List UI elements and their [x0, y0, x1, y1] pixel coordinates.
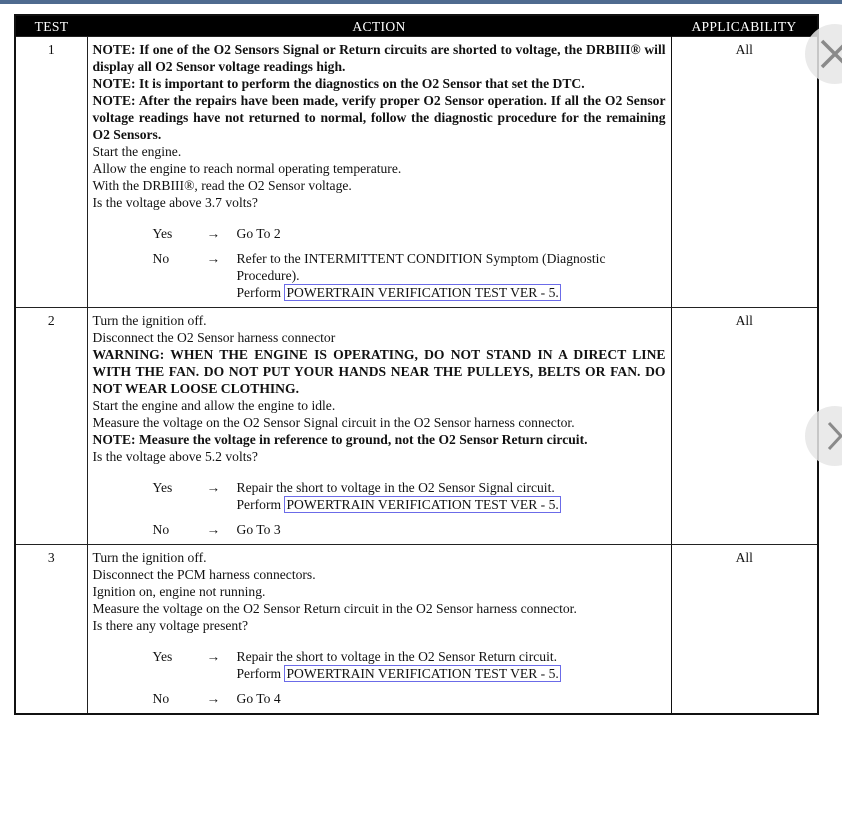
note-text: NOTE: Measure the voltage in reference t… — [93, 431, 666, 448]
branch-result: Repair the short to voltage in the O2 Se… — [237, 648, 666, 682]
test-applicability: All — [671, 545, 818, 715]
branch-result: Repair the short to voltage in the O2 Se… — [237, 479, 666, 513]
diagnostic-test-table: TEST ACTION APPLICABILITY 1NOTE: If one … — [14, 14, 819, 715]
branch-result-text: Go To 2 — [237, 225, 666, 242]
branch-result-text: Go To 3 — [237, 521, 666, 538]
branch-result: Go To 4 — [237, 690, 666, 707]
branch-answer: No — [153, 250, 207, 301]
powertrain-verification-link[interactable]: POWERTRAIN VERIFICATION TEST VER - 5. — [284, 496, 560, 513]
branch-yes: Yes→Repair the short to voltage in the O… — [153, 479, 666, 513]
perform-prefix: Perform — [237, 285, 282, 300]
step-text: Measure the voltage on the O2 Sensor Ret… — [93, 600, 666, 617]
header-action: ACTION — [87, 15, 671, 37]
note-text: NOTE: If one of the O2 Sensors Signal or… — [93, 41, 666, 75]
perform-line: Perform POWERTRAIN VERIFICATION TEST VER… — [237, 496, 666, 513]
branch-no: No→Go To 4 — [153, 690, 666, 707]
perform-line: Perform POWERTRAIN VERIFICATION TEST VER… — [237, 284, 666, 301]
powertrain-verification-link[interactable]: POWERTRAIN VERIFICATION TEST VER - 5. — [284, 284, 560, 301]
step-text: Ignition on, engine not running. — [93, 583, 666, 600]
perform-line: Perform POWERTRAIN VERIFICATION TEST VER… — [237, 665, 666, 682]
table-row: 2Turn the ignition off.Disconnect the O2… — [15, 308, 818, 545]
test-action: NOTE: If one of the O2 Sensors Signal or… — [87, 37, 671, 308]
note-text: NOTE: After the repairs have been made, … — [93, 92, 666, 143]
branch-result-text: Go To 4 — [237, 690, 666, 707]
branch-yes: Yes→Repair the short to voltage in the O… — [153, 648, 666, 682]
arrow-right-icon: → — [207, 690, 237, 707]
header-applicability: APPLICABILITY — [671, 15, 818, 37]
test-number: 3 — [15, 545, 87, 715]
branch-no: No→Refer to the INTERMITTENT CONDITION S… — [153, 250, 666, 301]
test-number: 2 — [15, 308, 87, 545]
header-test: TEST — [15, 15, 87, 37]
step-text: Is there any voltage present? — [93, 617, 666, 634]
step-text: Turn the ignition off. — [93, 549, 666, 566]
note-text: WARNING: WHEN THE ENGINE IS OPERATING, D… — [93, 346, 666, 397]
viewer-top-bar — [0, 0, 842, 4]
test-action: Turn the ignition off.Disconnect the O2 … — [87, 308, 671, 545]
step-text: Turn the ignition off. — [93, 312, 666, 329]
branch-answer: Yes — [153, 648, 207, 682]
branch-answer: No — [153, 690, 207, 707]
branch-result: Go To 2 — [237, 225, 666, 242]
perform-prefix: Perform — [237, 666, 282, 681]
branch-result-text: Refer to the INTERMITTENT CONDITION Symp… — [237, 250, 666, 284]
branch-answer: Yes — [153, 225, 207, 242]
test-applicability: All — [671, 308, 818, 545]
branch-answer: Yes — [153, 479, 207, 513]
perform-prefix: Perform — [237, 497, 282, 512]
arrow-right-icon: → — [207, 225, 237, 242]
arrow-right-icon: → — [207, 479, 237, 513]
step-text: Measure the voltage on the O2 Sensor Sig… — [93, 414, 666, 431]
chevron-right-icon — [820, 419, 842, 453]
branch-result: Go To 3 — [237, 521, 666, 538]
note-text: NOTE: It is important to perform the dia… — [93, 75, 666, 92]
step-text: Is the voltage above 3.7 volts? — [93, 194, 666, 211]
step-text: With the DRBIII®, read the O2 Sensor vol… — [93, 177, 666, 194]
step-text: Start the engine and allow the engine to… — [93, 397, 666, 414]
arrow-right-icon: → — [207, 648, 237, 682]
branch-answer: No — [153, 521, 207, 538]
table-header-row: TEST ACTION APPLICABILITY — [15, 15, 818, 37]
table-row: 1NOTE: If one of the O2 Sensors Signal o… — [15, 37, 818, 308]
powertrain-verification-link[interactable]: POWERTRAIN VERIFICATION TEST VER - 5. — [284, 665, 560, 682]
test-applicability: All — [671, 37, 818, 308]
table-row: 3Turn the ignition off.Disconnect the PC… — [15, 545, 818, 715]
step-text: Is the voltage above 5.2 volts? — [93, 448, 666, 465]
arrow-right-icon: → — [207, 521, 237, 538]
step-text: Allow the engine to reach normal operati… — [93, 160, 666, 177]
test-action: Turn the ignition off.Disconnect the PCM… — [87, 545, 671, 715]
close-icon — [818, 37, 842, 71]
branch-result-text: Repair the short to voltage in the O2 Se… — [237, 479, 666, 496]
branch-result-text: Repair the short to voltage in the O2 Se… — [237, 648, 666, 665]
step-text: Start the engine. — [93, 143, 666, 160]
arrow-right-icon: → — [207, 250, 237, 301]
branch-no: No→Go To 3 — [153, 521, 666, 538]
step-text: Disconnect the PCM harness connectors. — [93, 566, 666, 583]
test-number: 1 — [15, 37, 87, 308]
step-text: Disconnect the O2 Sensor harness connect… — [93, 329, 666, 346]
branch-result: Refer to the INTERMITTENT CONDITION Symp… — [237, 250, 666, 301]
branch-yes: Yes→Go To 2 — [153, 225, 666, 242]
